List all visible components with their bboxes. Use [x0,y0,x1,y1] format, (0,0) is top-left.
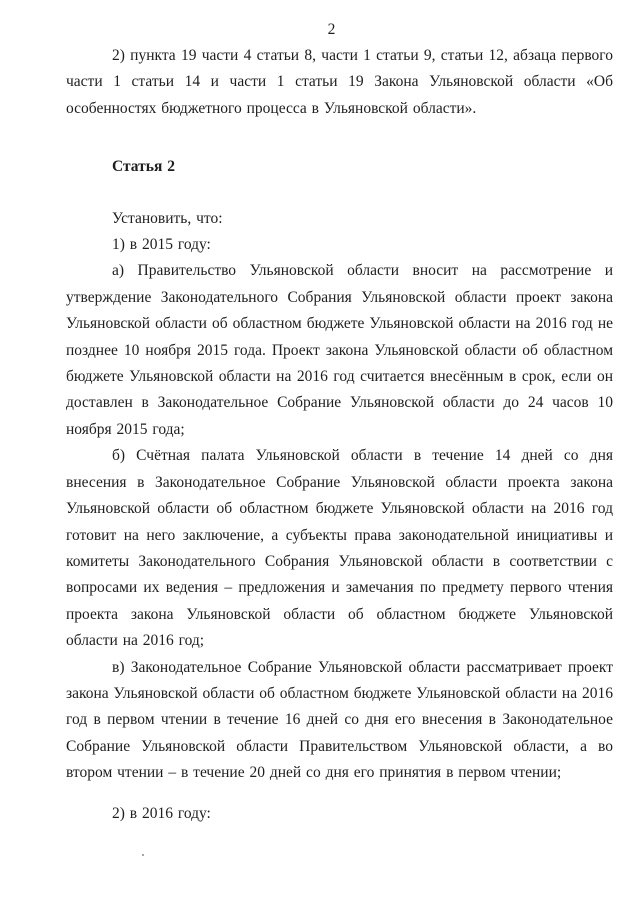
paragraph-intro-continuation: 2) пункта 19 части 4 статьи 8, части 1 с… [66,43,613,122]
article-2-heading: Статья 2 [66,154,613,180]
scan-speck [142,854,144,856]
page-number: 2 [58,19,605,40]
paragraph-subitem-a: а) Правительство Ульяновской области вно… [66,258,613,443]
document-page: 2 2) пункта 19 части 4 статьи 8, части 1… [0,0,640,905]
document-content: 2 2) пункта 19 части 4 статьи 8, части 1… [0,0,640,827]
paragraph-subitem-v: в) Законодательное Собрание Ульяновской … [66,655,613,787]
paragraph-item-2015: 1) в 2015 году: [66,232,613,258]
paragraph-subitem-b: б) Счётная палата Ульяновской области в … [66,443,613,654]
paragraph-item-2016: 2) в 2016 году: [66,801,613,827]
paragraph-establish: Установить, что: [66,206,613,232]
